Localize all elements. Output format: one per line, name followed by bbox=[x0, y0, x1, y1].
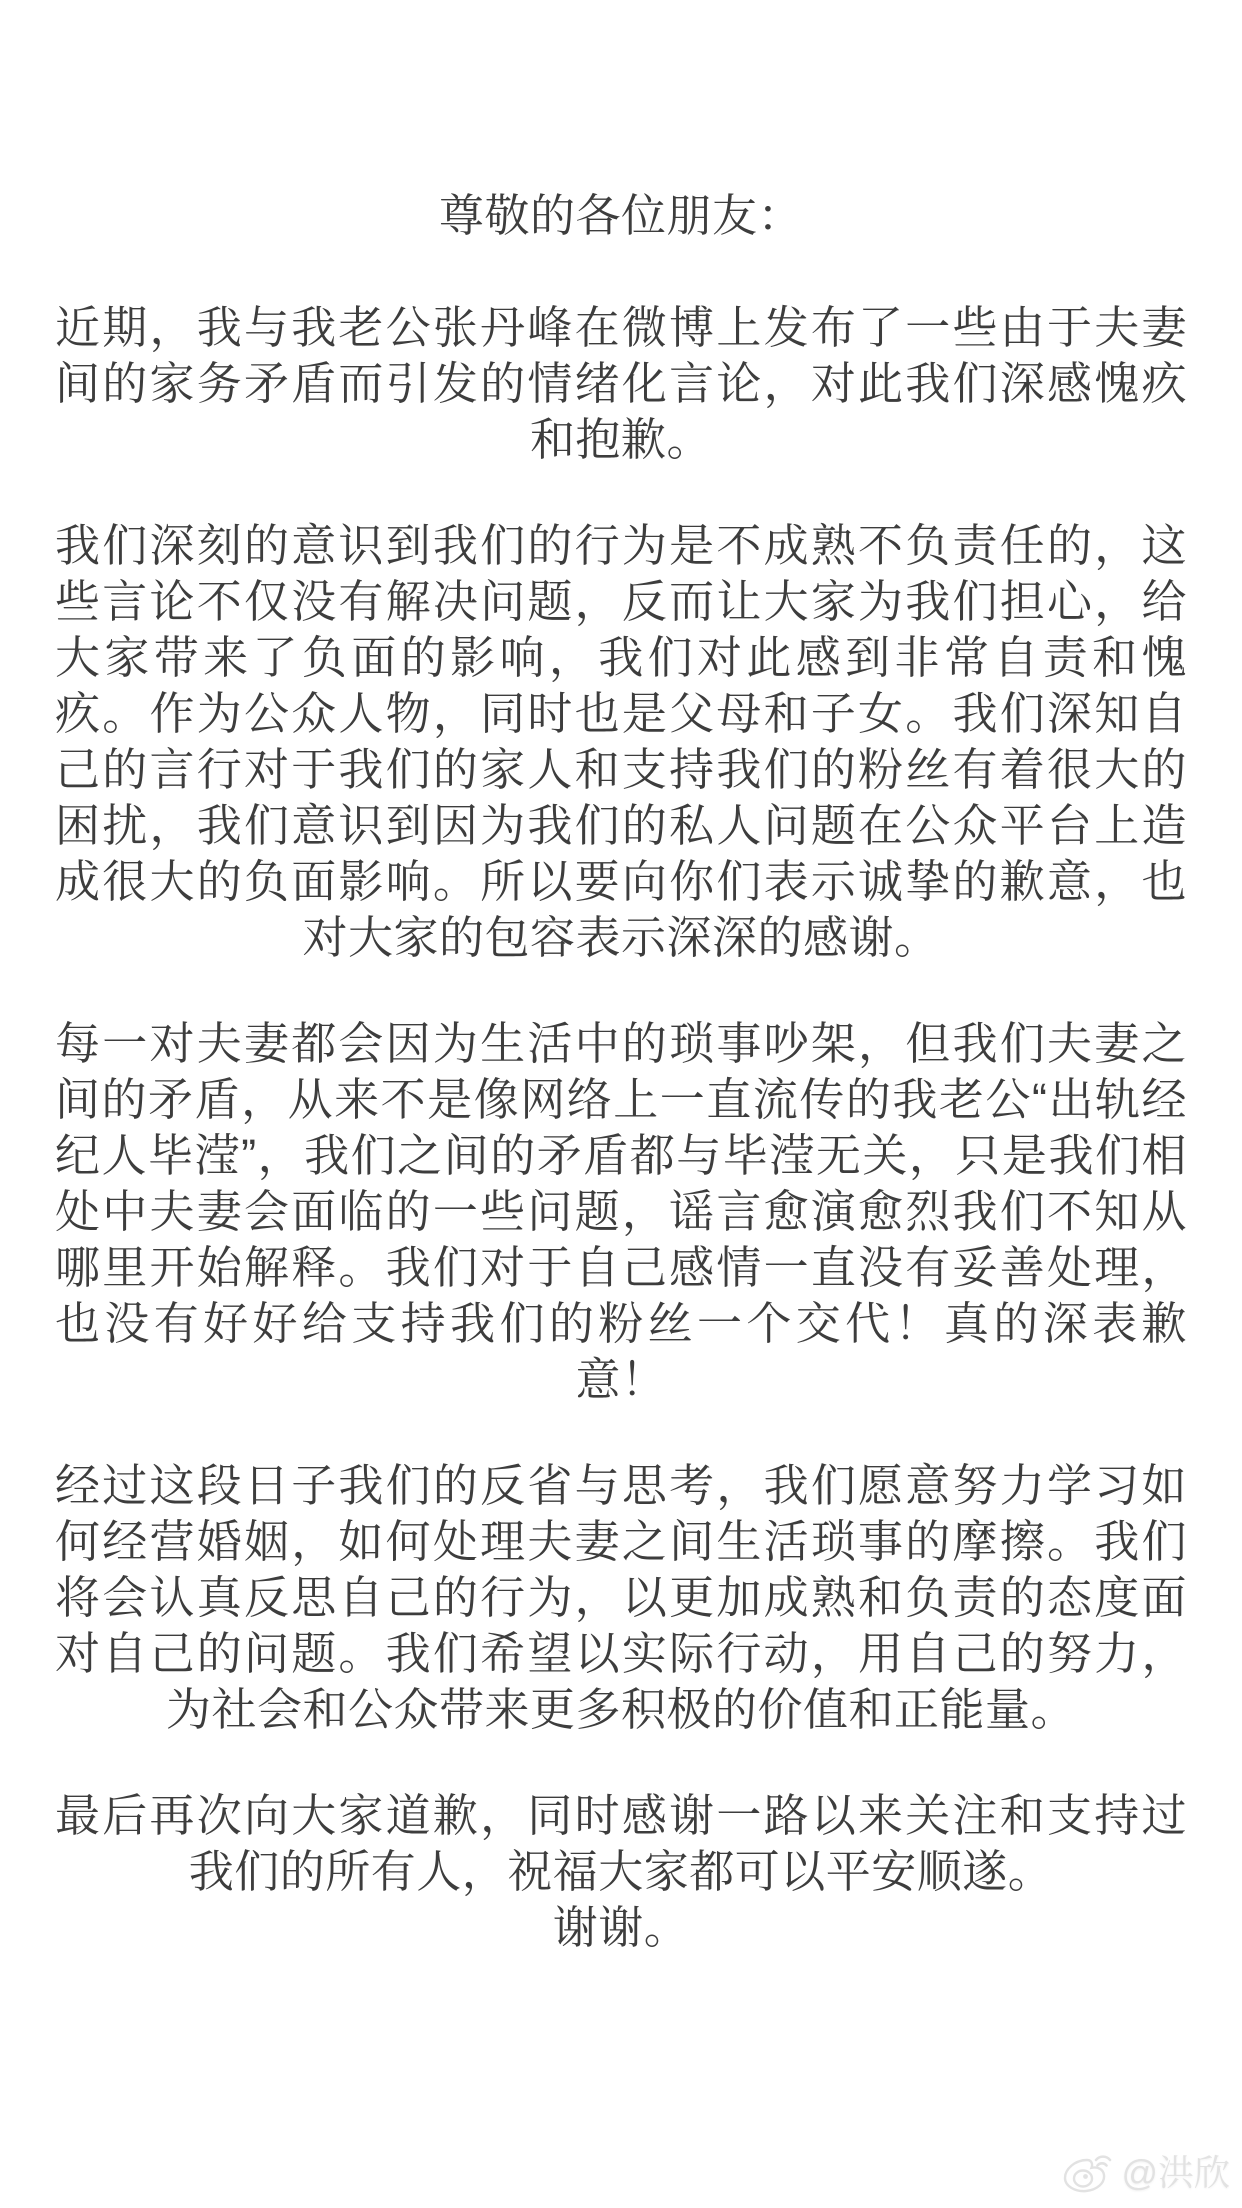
watermark-handle: @洪欣 bbox=[1121, 2145, 1230, 2196]
closing-line: 谢谢。 bbox=[55, 1900, 1187, 1956]
salutation: 尊敬的各位朋友： bbox=[55, 188, 1187, 244]
paragraph-2: 我们深刻的意识到我们的行为是不成熟不负责任的，这些言论不仅没有解决问题，反而让大… bbox=[55, 518, 1187, 966]
weibo-watermark: @洪欣 bbox=[1061, 2145, 1230, 2196]
paragraph-3: 每一对夫妻都会因为生活中的琐事吵架，但我们夫妻之间的矛盾，从来不是像网络上一直流… bbox=[55, 1016, 1187, 1408]
weibo-logo-icon bbox=[1061, 2147, 1115, 2195]
statement-content: 尊敬的各位朋友： 近期，我与我老公张丹峰在微博上发布了一些由于夫妻间的家务矛盾而… bbox=[55, 188, 1187, 1956]
paragraph-1: 近期，我与我老公张丹峰在微博上发布了一些由于夫妻间的家务矛盾而引发的情绪化言论，… bbox=[55, 300, 1187, 468]
paragraph-4: 经过这段日子我们的反省与思考，我们愿意努力学习如何经营婚姻，如何处理夫妻之间生活… bbox=[55, 1458, 1187, 1738]
paragraph-5: 最后再次向大家道歉，同时感谢一路以来关注和支持过我们的所有人，祝福大家都可以平安… bbox=[55, 1788, 1187, 1900]
statement-page: 尊敬的各位朋友： 近期，我与我老公张丹峰在微博上发布了一些由于夫妻间的家务矛盾而… bbox=[0, 0, 1242, 2208]
